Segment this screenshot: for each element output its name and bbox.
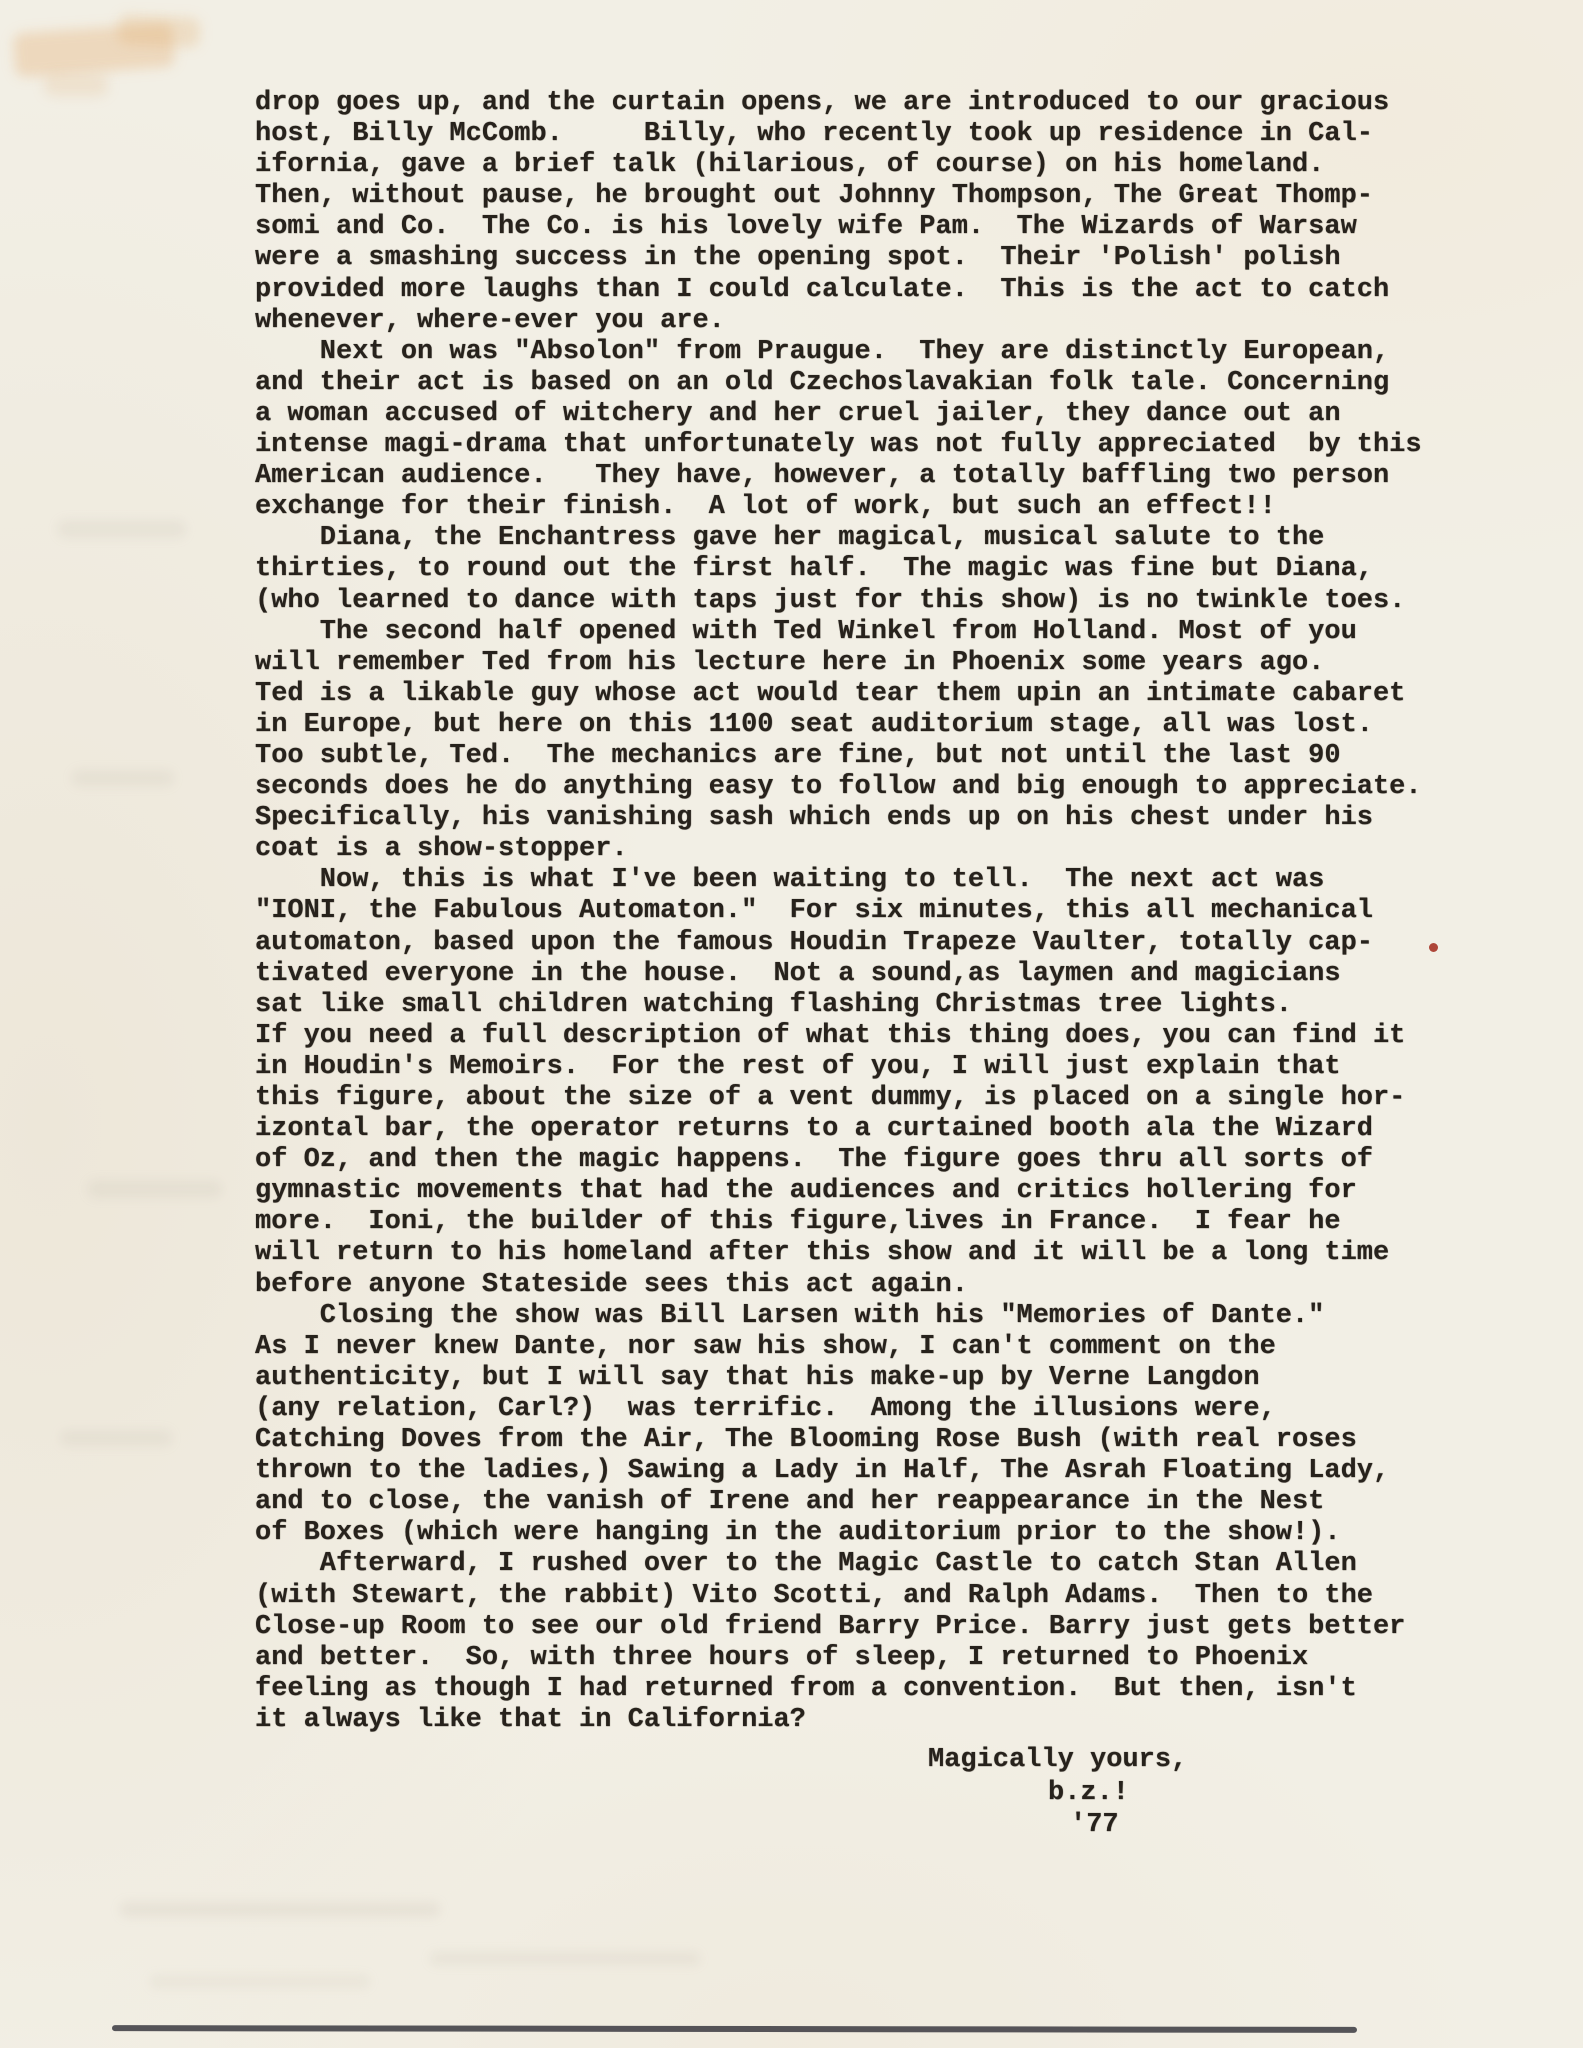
text-line: Diana, the Enchantress gave her magical,…	[255, 523, 1515, 554]
text-line: coat is a show-stopper.	[255, 834, 1515, 865]
text-line: If you need a full description of what t…	[255, 1021, 1515, 1052]
text-line: and their act is based on an old Czechos…	[255, 368, 1515, 399]
text-line: American audience. They have, however, a…	[255, 461, 1515, 492]
text-line: seconds does he do anything easy to foll…	[255, 772, 1515, 803]
text-line: Next on was "Absolon" from Praugue. They…	[255, 337, 1515, 368]
text-line: before anyone Stateside sees this act ag…	[255, 1270, 1515, 1301]
text-line: gymnastic movements that had the audienc…	[255, 1176, 1515, 1207]
text-line: tivated everyone in the house. Not a sou…	[255, 959, 1515, 990]
signoff-closing: Magically yours,	[928, 1745, 1187, 1776]
text-line: thrown to the ladies,) Sawing a Lady in …	[255, 1456, 1515, 1487]
text-line: drop goes up, and the curtain opens, we …	[255, 88, 1515, 119]
red-ink-dot	[1429, 943, 1438, 952]
text-line: in Europe, but here on this 1100 seat au…	[255, 710, 1515, 741]
text-line: somi and Co. The Co. is his lovely wife …	[255, 212, 1515, 243]
bleed-through-artifact	[72, 770, 174, 786]
bleed-through-artifact	[88, 1180, 222, 1198]
text-line: sat like small children watching flashin…	[255, 990, 1515, 1021]
text-line: Ted is a likable guy whose act would tea…	[255, 679, 1515, 710]
text-line: Catching Doves from the Air, The Bloomin…	[255, 1425, 1515, 1456]
text-line: automaton, based upon the famous Houdin …	[255, 928, 1515, 959]
text-line: (with Stewart, the rabbit) Vito Scotti, …	[255, 1581, 1515, 1612]
text-line: thirties, to round out the first half. T…	[255, 554, 1515, 585]
text-line: a woman accused of witchery and her crue…	[255, 399, 1515, 430]
text-line: (any relation, Carl?) was terrific. Amon…	[255, 1394, 1515, 1425]
text-line: Now, this is what I've been waiting to t…	[255, 865, 1515, 896]
text-line: exchange for their finish. A lot of work…	[255, 492, 1515, 523]
text-line: provided more laughs than I could calcul…	[255, 275, 1515, 306]
text-line: izontal bar, the operator returns to a c…	[255, 1114, 1515, 1145]
text-line: were a smashing success in the opening s…	[255, 243, 1515, 274]
text-line: As I never knew Dante, nor saw his show,…	[255, 1332, 1515, 1363]
text-line: will remember Ted from his lecture here …	[255, 648, 1515, 679]
bleed-through-artifact	[117, 14, 200, 48]
text-line: this figure, about the size of a vent du…	[255, 1083, 1515, 1114]
text-line: and better. So, with three hours of slee…	[255, 1643, 1515, 1674]
scan-edge-artifact	[112, 2025, 1357, 2033]
text-line: in Houdin's Memoirs. For the rest of you…	[255, 1052, 1515, 1083]
text-line: of Boxes (which were hanging in the audi…	[255, 1518, 1515, 1549]
text-line: of Oz, and then the magic happens. The f…	[255, 1145, 1515, 1176]
text-line: intense magi-drama that unfortunately wa…	[255, 430, 1515, 461]
bleed-through-artifact	[44, 74, 108, 96]
text-line: "IONI, the Fabulous Automaton." For six …	[255, 896, 1515, 927]
text-line: whenever, where-ever you are.	[255, 306, 1515, 337]
text-line: Close-up Room to see our old friend Barr…	[255, 1612, 1515, 1643]
text-line: Then, without pause, he brought out John…	[255, 181, 1515, 212]
signoff-initials: b.z.!	[1048, 1778, 1129, 1809]
text-line: authenticity, but I will say that his ma…	[255, 1363, 1515, 1394]
text-line: (who learned to dance with taps just for…	[255, 586, 1515, 617]
bleed-through-artifact	[430, 1952, 700, 1965]
text-line: host, Billy McComb. Billy, who recently …	[255, 119, 1515, 150]
bleed-through-artifact	[60, 1430, 172, 1446]
bleed-through-artifact	[120, 1902, 440, 1917]
text-line: The second half opened with Ted Winkel f…	[255, 617, 1515, 648]
text-line: more. Ioni, the builder of this figure,l…	[255, 1207, 1515, 1238]
text-line: it always like that in California?	[255, 1705, 1515, 1736]
letter-body: drop goes up, and the curtain opens, we …	[255, 88, 1515, 1736]
text-line: Afterward, I rushed over to the Magic Ca…	[255, 1549, 1515, 1580]
text-line: and to close, the vanish of Irene and he…	[255, 1487, 1515, 1518]
text-line: will return to his homeland after this s…	[255, 1238, 1515, 1269]
text-line: Too subtle, Ted. The mechanics are fine,…	[255, 741, 1515, 772]
text-line: Closing the show was Bill Larsen with hi…	[255, 1301, 1515, 1332]
text-line: Specifically, his vanishing sash which e…	[255, 803, 1515, 834]
document-page: drop goes up, and the curtain opens, we …	[0, 0, 1583, 2048]
signoff-year: '77	[1070, 1810, 1119, 1841]
text-line: ifornia, gave a brief talk (hilarious, o…	[255, 150, 1515, 181]
bleed-through-artifact	[58, 520, 186, 538]
bleed-through-artifact	[150, 1975, 370, 1988]
text-line: feeling as though I had returned from a …	[255, 1674, 1515, 1705]
